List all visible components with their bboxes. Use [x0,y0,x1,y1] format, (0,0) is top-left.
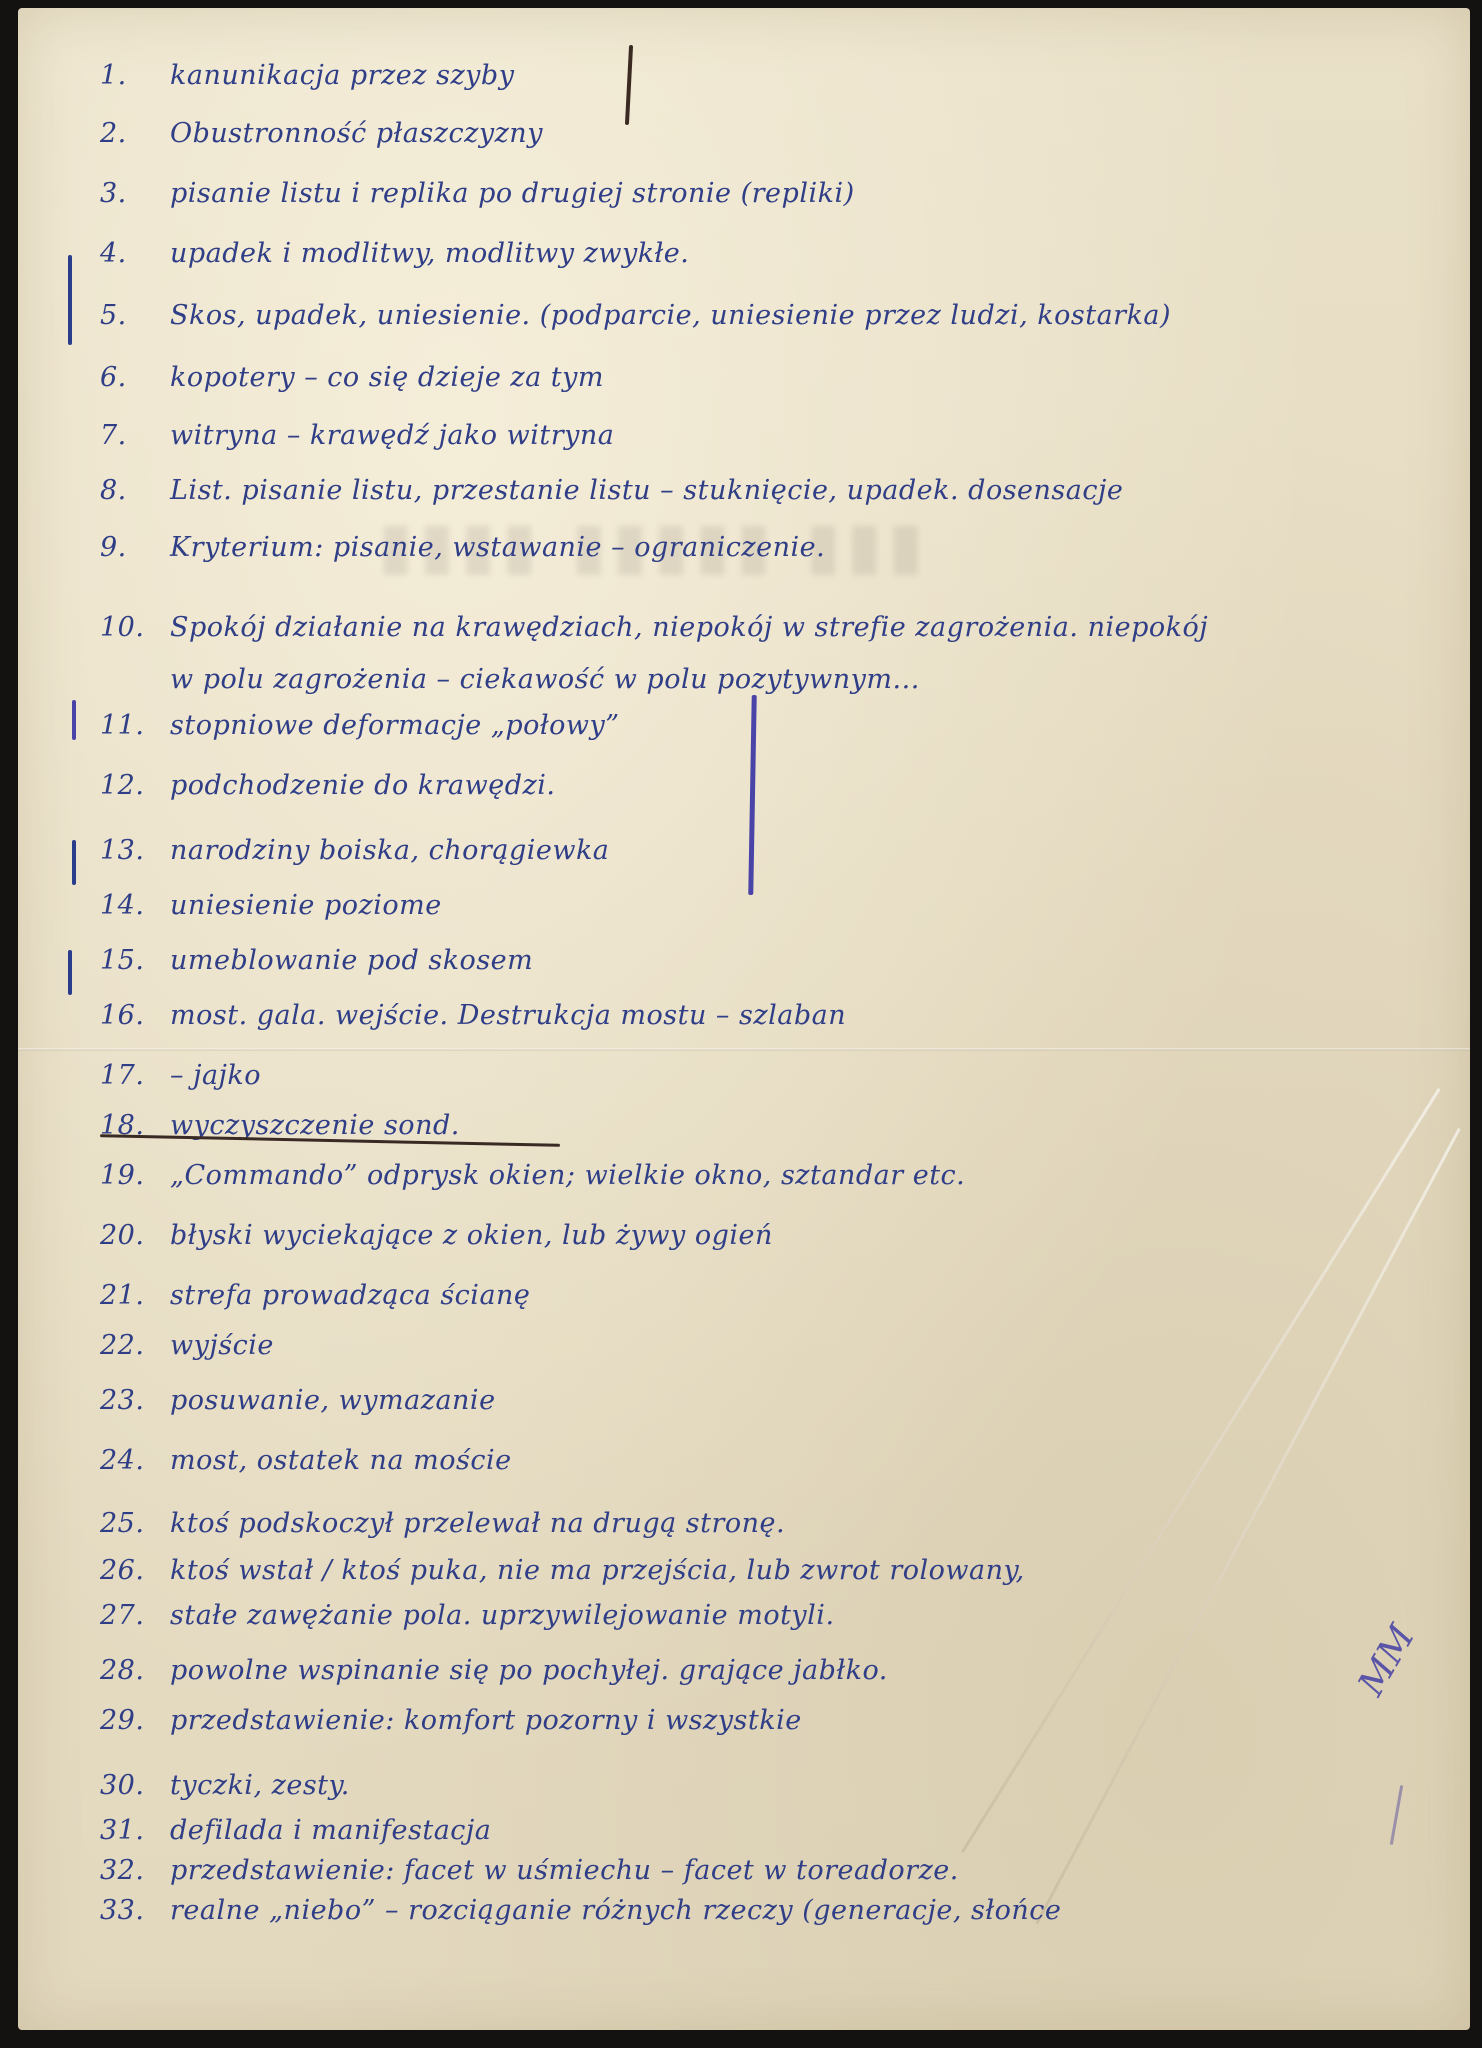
list-item: 27. stałe zawężanie pola. uprzywilejowan… [100,1600,835,1631]
list-item: 30. tyczki, zesty. [100,1770,350,1801]
item-number: 15. [100,945,170,976]
item-text: most. gala. wejście. Destrukcja mostu – … [170,1000,846,1031]
handwritten-list: 1. kanunikacja przez szyby 2. Obustronno… [0,0,1482,2048]
item-text: kopotery – co się dzieje za tym [170,362,604,393]
margin-vertical-bar [748,695,756,895]
item-number: 8. [100,475,170,506]
list-item: 17. – jajko [100,1060,261,1091]
pencil-mark [1390,1785,1403,1845]
list-item: 33. realne „niebo” – rozciąganie różnych… [100,1895,1061,1926]
item-text: przedstawienie: facet w uśmiechu – facet… [170,1855,959,1886]
item-text: podchodzenie do krawędzi. [170,770,555,801]
item-number: 6. [100,362,170,393]
item-text: Kryterium: pisanie, wstawanie – ogranicz… [170,532,825,563]
list-item: 23. posuwanie, wymazanie [100,1385,496,1416]
item-number: 17. [100,1060,170,1091]
item-text: Skos, upadek, uniesienie. (podparcie, un… [170,300,1171,331]
item-text: ktoś wstał / ktoś puka, nie ma przejścia… [170,1555,1025,1586]
list-item: 21. strefa prowadząca ścianę [100,1280,530,1311]
list-item: 13. narodziny boiska, chorągiewka [100,835,609,866]
item-text: realne „niebo” – rozciąganie różnych rze… [170,1895,1061,1926]
list-item: 4. upadek i modlitwy, modlitwy zwykłe. [100,238,689,269]
list-item: 5. Skos, upadek, uniesienie. (podparcie,… [100,300,1171,331]
item-number: 13. [100,835,170,866]
item-number: 16. [100,1000,170,1031]
margin-mark-11 [72,700,76,740]
item-number: 4. [100,238,170,269]
item-number: 21. [100,1280,170,1311]
item-text: powolne wspinanie się po pochyłej. grają… [170,1655,888,1686]
list-item: 28. powolne wspinanie się po pochyłej. g… [100,1655,888,1686]
item-number: 33. [100,1895,170,1926]
item-number: 20. [100,1220,170,1251]
item-number: 9. [100,532,170,563]
list-item: 31. defilada i manifestacja [100,1815,491,1846]
item-text: witryna – krawędź jako witryna [170,420,614,451]
item-number: 24. [100,1445,170,1476]
item-number: 22. [100,1330,170,1361]
item-number: 29. [100,1705,170,1736]
item-number: 14. [100,890,170,921]
item-number: 2. [100,118,170,149]
item-text: „Commando” odprysk okien; wielkie okno, … [170,1160,965,1191]
item-number: 1. [100,60,170,91]
item-text: narodziny boiska, chorągiewka [170,835,609,866]
item-text-continued: w polu zagrożenia – ciekawość w polu poz… [170,654,1208,706]
item-text: ktoś podskoczył przelewał na drugą stron… [170,1508,785,1539]
item-text: pisanie listu i replika po drugiej stron… [170,178,855,209]
item-number: 7. [100,420,170,451]
item-number: 25. [100,1508,170,1539]
item-number: 11. [100,710,170,741]
list-item: 11. stopniowe deformacje „połowy” [100,710,620,741]
item-text: kanunikacja przez szyby [170,60,514,91]
pen-vertical-mark [625,45,633,125]
item-text: List. pisanie listu, przestanie listu – … [170,475,1123,506]
item-number: 30. [100,1770,170,1801]
item-text: strefa prowadząca ścianę [170,1280,530,1311]
list-item: 2. Obustronność płaszczyzny [100,118,543,149]
list-item: 14. uniesienie poziome [100,890,442,921]
list-item: 12. podchodzenie do krawędzi. [100,770,555,801]
item-text: wyjście [170,1330,274,1361]
item-text: stopniowe deformacje „połowy” [170,710,620,741]
list-item: 1. kanunikacja przez szyby [100,60,514,91]
item-number: 32. [100,1855,170,1886]
list-item: 32. przedstawienie: facet w uśmiechu – f… [100,1855,959,1886]
item-number: 23. [100,1385,170,1416]
margin-mark-4-5 [68,255,72,345]
list-item: 24. most, ostatek na moście [100,1445,512,1476]
item-text: tyczki, zesty. [170,1770,350,1801]
item-text: stałe zawężanie pola. uprzywilejowanie m… [170,1600,835,1631]
item-number: 26. [100,1555,170,1586]
item-number: 12. [100,770,170,801]
list-item: 20. błyski wyciekające z okien, lub żywy… [100,1220,773,1251]
item-text: Spokój działanie na krawędziach, niepokó… [170,602,1208,654]
list-item: 10. Spokój działanie na krawędziach, nie… [100,590,1208,706]
item-text: umeblowanie pod skosem [170,945,533,976]
initials-annotation: MM [1351,1618,1423,1702]
item-number: 19. [100,1160,170,1191]
list-item: 3. pisanie listu i replika po drugiej st… [100,178,855,209]
item-number: 28. [100,1655,170,1686]
list-item: 22. wyjście [100,1330,274,1361]
item-text: przedstawienie: komfort pozorny i wszyst… [170,1705,802,1736]
list-item: 16. most. gala. wejście. Destrukcja most… [100,1000,846,1031]
item-text: Obustronność płaszczyzny [170,118,543,149]
item-text: upadek i modlitwy, modlitwy zwykłe. [170,238,689,269]
item-number: 31. [100,1815,170,1846]
item-number: 3. [100,178,170,209]
list-item: 29. przedstawienie: komfort pozorny i ws… [100,1705,802,1736]
list-item: 19. „Commando” odprysk okien; wielkie ok… [100,1160,965,1191]
item-number: 27. [100,1600,170,1631]
item-text: defilada i manifestacja [170,1815,491,1846]
item-text: posuwanie, wymazanie [170,1385,496,1416]
list-item: 26. ktoś wstał / ktoś puka, nie ma przej… [100,1555,1025,1586]
item-number: 10. [100,590,170,643]
list-item: 8. List. pisanie listu, przestanie listu… [100,475,1123,506]
item-number: 5. [100,300,170,331]
list-item: 15. umeblowanie pod skosem [100,945,533,976]
item-text: most, ostatek na moście [170,1445,512,1476]
list-item: 9. Kryterium: pisanie, wstawanie – ogran… [100,532,825,563]
list-item: 25. ktoś podskoczył przelewał na drugą s… [100,1508,785,1539]
list-item: 6. kopotery – co się dzieje za tym [100,362,604,393]
item-text: uniesienie poziome [170,890,442,921]
item-text: błyski wyciekające z okien, lub żywy ogi… [170,1220,773,1251]
margin-mark-15 [68,950,72,995]
margin-mark-13 [72,840,76,885]
item-text: – jajko [170,1060,261,1091]
list-item: 7. witryna – krawędź jako witryna [100,420,614,451]
